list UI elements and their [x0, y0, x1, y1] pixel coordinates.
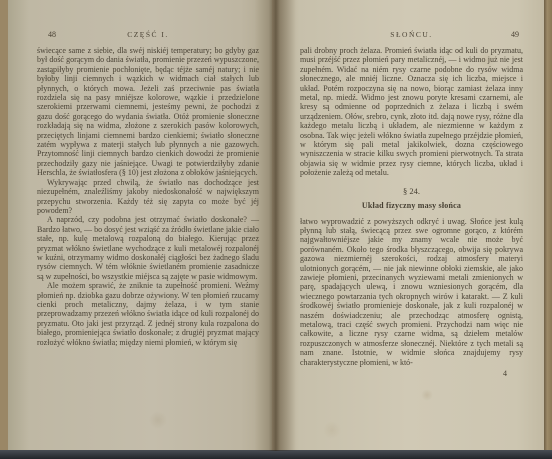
section-title: Układ fizyczny masy słońca	[300, 201, 523, 210]
printers-signature-mark: 4	[300, 369, 523, 378]
paragraph: Wykrywając przed chwilą, że światło nas …	[37, 178, 259, 216]
paragraph: Ale możem sprawić, że zniknie ta zupełno…	[37, 281, 259, 347]
paragraph: A naprzód, czy podobna jest otrzymać świ…	[37, 215, 259, 281]
scanner-background	[0, 450, 552, 459]
paragraph-continuation: pali drobny proch żelaza. Promień światł…	[300, 46, 523, 178]
left-page-header: 48 CZĘŚĆ I.	[37, 30, 259, 42]
right-page-body: pali drobny proch żelaza. Promień światł…	[300, 46, 523, 378]
right-page-number: 49	[511, 30, 519, 39]
left-page: 48 CZĘŚĆ I. świecące same z siebie, dla …	[8, 0, 272, 451]
left-page-number: 48	[48, 30, 56, 39]
right-page-header: SŁOŃCU. 49	[300, 30, 523, 42]
left-page-edges	[0, 0, 8, 451]
book-scan: 48 CZĘŚĆ I. świecące same z siebie, dla …	[0, 0, 552, 459]
right-page-edge	[544, 0, 552, 451]
section-body-paragraph: łatwo wyprowadzić z powyższych odkryć i …	[300, 217, 523, 368]
right-page: SŁOŃCU. 49 pali drobny proch żelaza. Pro…	[272, 0, 544, 451]
paragraph-continuation: świecące same z siebie, dla swéj niskiéj…	[37, 46, 259, 178]
right-running-header: SŁOŃCU.	[300, 30, 523, 39]
left-page-body: świecące same z siebie, dla swéj niskiéj…	[37, 46, 259, 347]
left-running-header: CZĘŚĆ I.	[37, 30, 259, 39]
section-mark: § 24.	[300, 187, 523, 196]
